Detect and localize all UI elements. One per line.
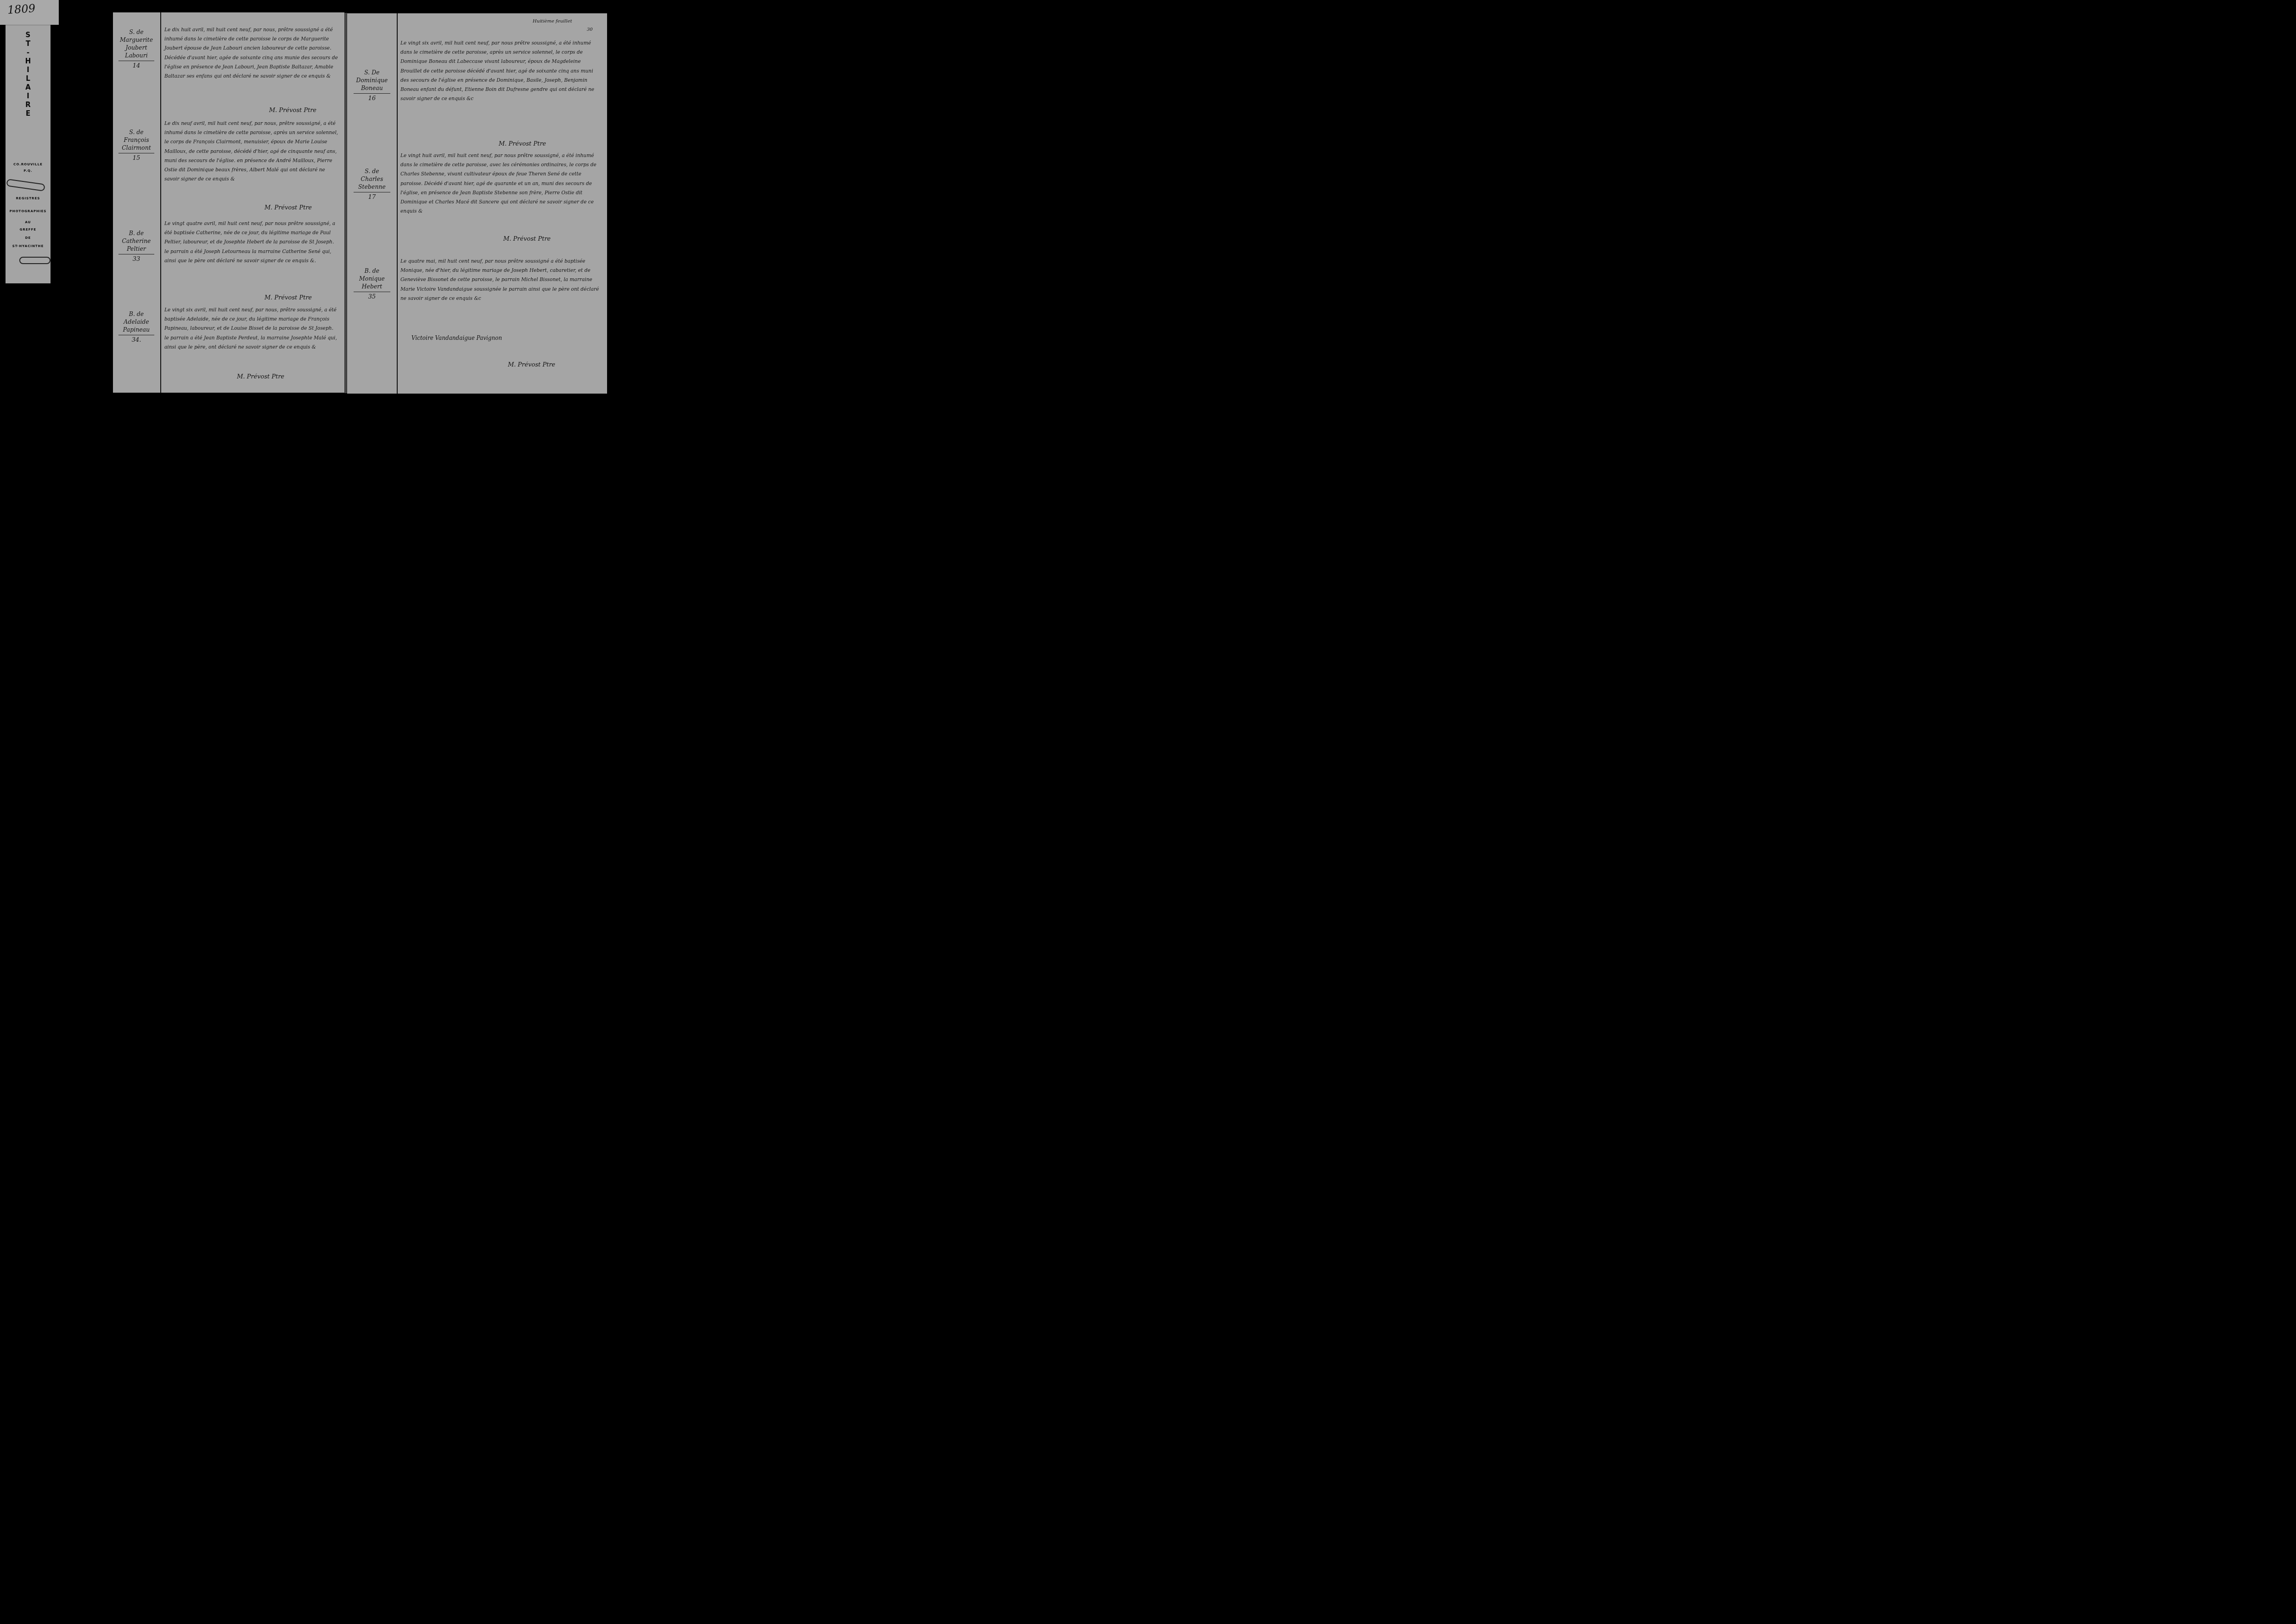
entry-margin-title: S. de François Clairmont 15 [114,128,159,162]
entry-number: 34. [118,335,154,344]
parish-letter: - [6,48,51,57]
parish-letter: I [6,66,51,74]
paper-clip-icon [19,257,51,264]
register-page-right: Huitième feuillet 30 S. De Dominique Bon… [347,13,607,394]
priest-signature: M. Prévost Ptre [237,373,284,380]
priest-signature: M. Prévost Ptre [508,361,555,368]
entry-margin-title: S. de Charles Stebenne 17 [349,167,395,201]
entry-text: Le vingt huit avril, mil huit cent neuf,… [400,151,602,216]
entry-number: 15 [118,153,154,162]
entry-text: Le dix huit avril, mil huit cent neuf, p… [164,25,339,81]
entry-text: Le vingt six avril, mil huit cent neuf, … [400,39,602,103]
entry-number: 17 [354,192,390,201]
entry-text: Le vingt quatre avril, mil huit cent neu… [164,219,339,265]
entry-margin-title: S. De Dominique Boneau 16 [349,68,395,102]
register-year: 1809 [7,2,36,17]
margin-rule [160,12,161,393]
registry-line: AU [6,220,51,225]
year-label-card: 1809 [0,0,59,25]
folio-number: 30 [587,27,593,32]
registry-line: ST-HYACINTHE [6,244,51,249]
entry-text: Le dix neuf avril, mil huit cent neuf, p… [164,119,339,184]
parish-letter: R [6,101,51,109]
province-label: P.Q. [6,169,51,174]
sheet-header: Huitième feuillet [533,19,572,24]
entry-number: 14 [118,61,154,70]
parish-letter: E [6,109,51,118]
parish-letter: A [6,83,51,92]
parish-letter: L [6,74,51,83]
priest-signature: M. Prévost Ptre [264,204,312,211]
godmother-signature: Victoire Vandandaigue Pavignon [411,335,502,341]
entry-margin-title: B. de Catherine Peltier 33 [114,229,159,263]
entry-text: Le quatre mai, mil huit cent neuf, par n… [400,257,602,303]
registry-line: DE [6,236,51,241]
priest-signature: M. Prévost Ptre [264,294,312,301]
registry-line: PHOTOGRAPHIES [6,209,51,214]
entry-margin-title: B. de Monique Hebert 35 [349,267,395,301]
archive-label-strip: S T - H I L A I R E CO.ROUVILLE P.Q. REG… [6,25,51,283]
entry-number: 35 [354,292,390,301]
parish-letter: H [6,57,51,66]
parish-name-vertical: S T - H I L A I R E [6,31,51,118]
parish-letter: T [6,39,51,48]
margin-rule [397,13,398,394]
priest-signature: M. Prévost Ptre [269,107,316,114]
entry-number: 16 [354,93,390,102]
entry-margin-title: S. de Marguerite Joubert Labouri 14 [114,28,159,70]
priest-signature: M. Prévost Ptre [503,236,551,242]
entry-number: 33 [118,254,154,263]
entry-margin-title: B. de Adelaide Papineau 34. [114,310,159,344]
register-page-left: S. de Marguerite Joubert Labouri 14 Le d… [113,12,344,393]
county-label: CO.ROUVILLE [6,162,51,167]
registry-line: REGISTRES [6,196,51,201]
priest-signature: M. Prévost Ptre [499,141,546,147]
registry-line: GREFFE [6,227,51,232]
parish-letter: S [6,31,51,39]
paper-clip-icon [6,179,45,192]
entry-text: Le vingt six avril, mil huit cent neuf, … [164,305,339,352]
parish-letter: I [6,92,51,101]
